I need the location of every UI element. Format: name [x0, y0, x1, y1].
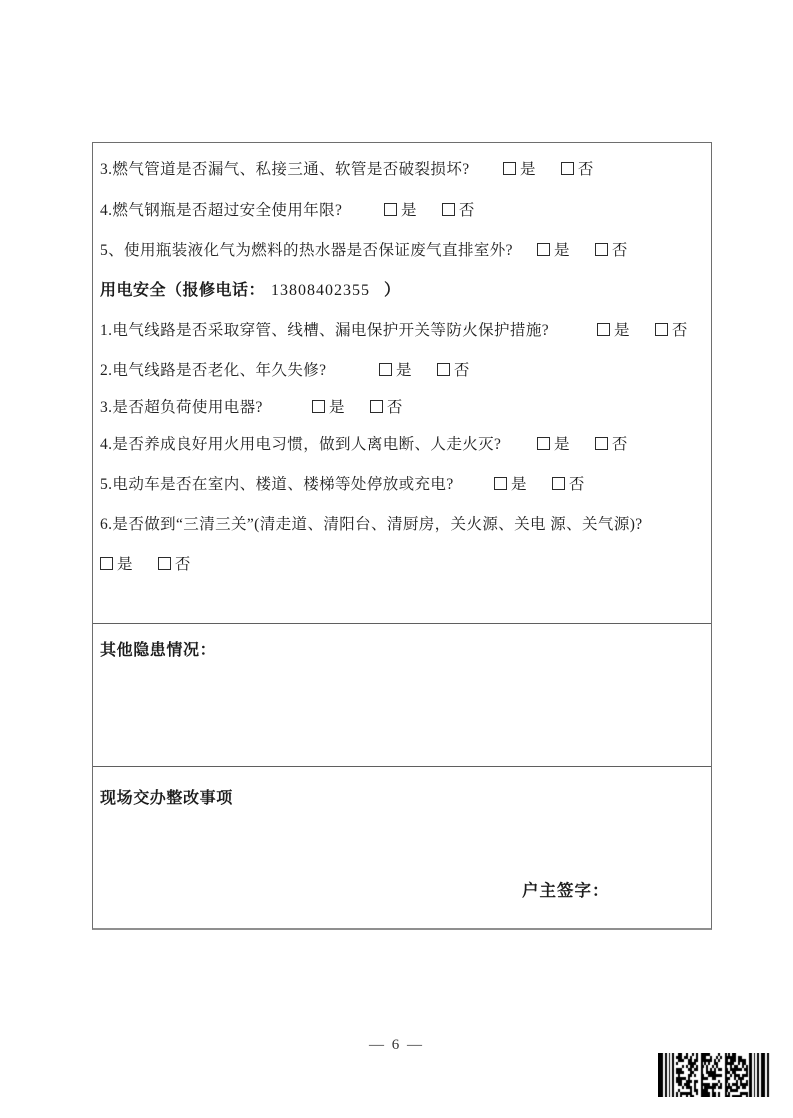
inspection-form-table: 3.燃气管道是否漏气、私接三通、软管是否破裂损坏? 是否 4.燃气钢瓶是否超过安… [92, 142, 712, 930]
rectification-label: 现场交办整改事项 [100, 788, 233, 810]
question-text: 5、使用瓶装液化气为燃料的热水器是否保证废气直排室外? [100, 242, 513, 259]
yes-option: 是 [384, 200, 417, 222]
no-option: 否 [370, 397, 403, 419]
heading-text: 用电安全（报修电话： [100, 282, 265, 299]
yes-no-options: 是否 [597, 320, 688, 342]
other-hazards-label: 其他隐患情况： [100, 640, 216, 662]
question-text: 5.电动车是否在室内、楼道、楼梯等处停放或充电? [100, 476, 454, 493]
no-label: 否 [175, 556, 191, 573]
yes-no-options: 是否 [100, 554, 191, 576]
yes-label: 是 [554, 242, 570, 259]
yes-option: 是 [312, 397, 345, 419]
yes-checkbox[interactable] [100, 557, 113, 570]
electric-question-3: 3.是否超负荷使用电器? 是否 [100, 397, 707, 419]
no-option: 否 [552, 474, 585, 496]
no-label: 否 [387, 399, 403, 416]
electric-safety-heading: 用电安全（报修电话：13808402355） [100, 280, 707, 302]
yes-label: 是 [554, 436, 570, 453]
no-label: 否 [578, 161, 594, 178]
no-option: 否 [595, 434, 628, 456]
yes-no-options: 是否 [312, 397, 403, 419]
no-label: 否 [454, 362, 470, 379]
question-text: 3.是否超负荷使用电器? [100, 399, 263, 416]
no-label: 否 [569, 476, 585, 493]
yes-option: 是 [537, 240, 570, 262]
yes-no-options: 是否 [537, 240, 628, 262]
no-option: 否 [595, 240, 628, 262]
gas-question-4: 4.燃气钢瓶是否超过安全使用年限? 是否 [100, 200, 707, 222]
gas-question-5: 5、使用瓶装液化气为燃料的热水器是否保证废气直排室外? 是否 [100, 240, 707, 262]
question-text: 4.燃气钢瓶是否超过安全使用年限? [100, 202, 342, 219]
no-checkbox[interactable] [442, 203, 455, 216]
no-checkbox[interactable] [655, 323, 668, 336]
yes-option: 是 [494, 474, 527, 496]
yes-checkbox[interactable] [597, 323, 610, 336]
yes-checkbox[interactable] [537, 437, 550, 450]
no-option: 否 [655, 320, 688, 342]
electric-question-2: 2.电气线路是否老化、年久失修? 是否 [100, 360, 707, 382]
yes-option: 是 [379, 360, 412, 382]
no-label: 否 [612, 436, 628, 453]
no-checkbox[interactable] [595, 437, 608, 450]
yes-no-options: 是否 [384, 200, 475, 222]
yes-label: 是 [117, 556, 133, 573]
electric-question-4: 4.是否养成良好用火用电习惯，做到人离电断、人走火灭? 是否 [100, 434, 707, 456]
repair-phone-number: 13808402355 [271, 282, 370, 299]
no-option: 否 [561, 159, 594, 181]
yes-checkbox[interactable] [494, 477, 507, 490]
yes-checkbox[interactable] [503, 162, 516, 175]
yes-label: 是 [614, 322, 630, 339]
yes-no-options: 是否 [537, 434, 628, 456]
homeowner-signature-label: 户主签字： [522, 877, 610, 901]
no-checkbox[interactable] [158, 557, 171, 570]
yes-checkbox[interactable] [537, 243, 550, 256]
question-text: 1.电气线路是否采取穿管、线槽、漏电保护开关等防火保护措施? [100, 322, 549, 339]
yes-label: 是 [401, 202, 417, 219]
heading-close-paren: ） [384, 282, 401, 299]
rectification-section: 现场交办整改事项 户主签字： [93, 766, 711, 930]
question-text: 6.是否做到“三清三关”(清走道、清阳台、清厨房，关火源、关电 源、关气源)? [100, 516, 643, 533]
no-checkbox[interactable] [561, 162, 574, 175]
scanned-form-page: { "document": { "gas_questions": [ "3.燃气… [0, 0, 793, 1118]
no-option: 否 [158, 554, 191, 576]
yes-option: 是 [100, 554, 133, 576]
question-text: 3.燃气管道是否漏气、私接三通、软管是否破裂损坏? [100, 161, 470, 178]
no-checkbox[interactable] [595, 243, 608, 256]
no-label: 否 [672, 322, 688, 339]
barcode [658, 1053, 770, 1097]
question-text: 4.是否养成良好用火用电习惯，做到人离电断、人走火灭? [100, 436, 501, 453]
question-text: 2.电气线路是否老化、年久失修? [100, 362, 326, 379]
yes-option: 是 [503, 159, 536, 181]
yes-option: 是 [597, 320, 630, 342]
no-checkbox[interactable] [437, 363, 450, 376]
yes-label: 是 [329, 399, 345, 416]
yes-label: 是 [396, 362, 412, 379]
yes-label: 是 [520, 161, 536, 178]
page-number: — 6 — [0, 1037, 793, 1054]
no-label: 否 [612, 242, 628, 259]
yes-checkbox[interactable] [384, 203, 397, 216]
electric-question-1: 1.电气线路是否采取穿管、线槽、漏电保护开关等防火保护措施? 是否 [100, 320, 707, 342]
other-hazards-section: 其他隐患情况： [93, 623, 711, 766]
no-checkbox[interactable] [370, 400, 383, 413]
no-option: 否 [437, 360, 470, 382]
yes-checkbox[interactable] [379, 363, 392, 376]
questions-section: 3.燃气管道是否漏气、私接三通、软管是否破裂损坏? 是否 4.燃气钢瓶是否超过安… [93, 143, 711, 623]
electric-question-5: 5.电动车是否在室内、楼道、楼梯等处停放或充电? 是否 [100, 474, 707, 496]
no-checkbox[interactable] [552, 477, 565, 490]
electric-question-6: 6.是否做到“三清三关”(清走道、清阳台、清厨房，关火源、关电 源、关气源)? [100, 514, 707, 536]
yes-no-options: 是否 [379, 360, 470, 382]
no-option: 否 [442, 200, 475, 222]
yes-no-options: 是否 [494, 474, 585, 496]
gas-question-3: 3.燃气管道是否漏气、私接三通、软管是否破裂损坏? 是否 [100, 159, 707, 181]
yes-label: 是 [511, 476, 527, 493]
yes-no-options: 是否 [503, 159, 594, 181]
no-label: 否 [459, 202, 475, 219]
electric-question-6-options: 是否 [100, 554, 707, 576]
yes-checkbox[interactable] [312, 400, 325, 413]
yes-option: 是 [537, 434, 570, 456]
